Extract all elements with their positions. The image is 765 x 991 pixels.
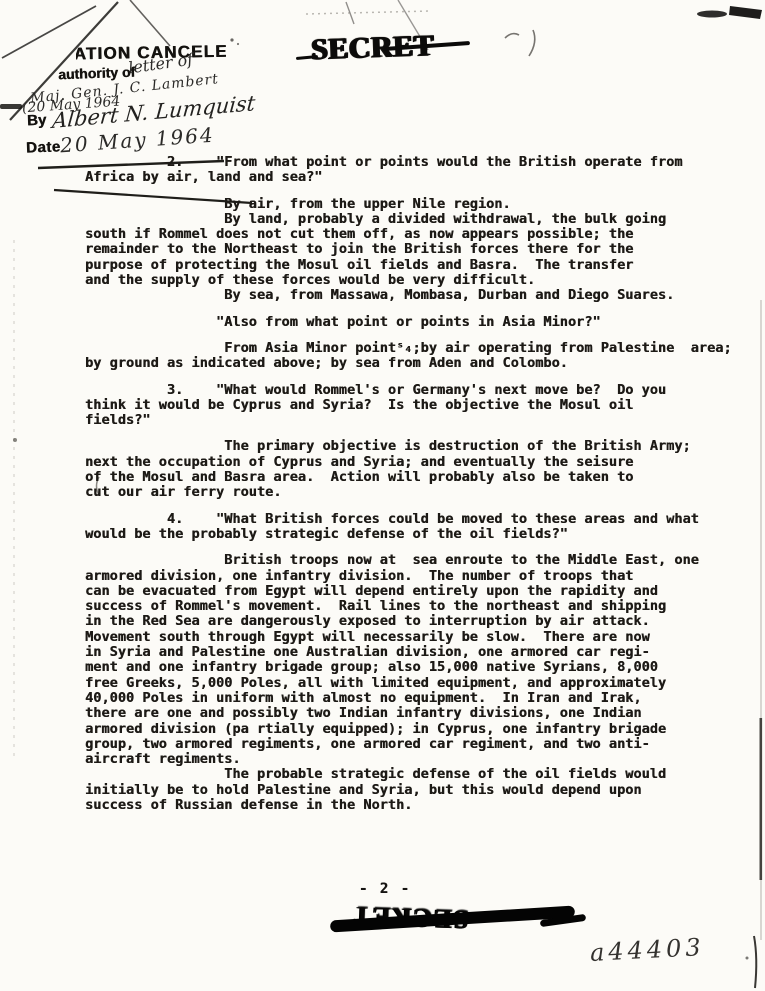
typed-line: of the Mosul and Basra area. Action will… (85, 470, 700, 485)
page-number: - 2 - (330, 881, 440, 897)
typed-line: From Asia Minor pointˢ₄;by air operating… (85, 341, 700, 356)
dotted-smudge-icon (306, 11, 430, 14)
typed-line: 2. "From what point or points would the … (85, 155, 700, 170)
typed-line: purpose of protecting the Mosul oil fiel… (85, 258, 700, 273)
typed-line: in Syria and Palestine one Australian di… (85, 645, 700, 660)
typed-line: armored division (pa rtially equipped); … (85, 722, 700, 737)
typed-line: success of Russian defense in the North. (85, 798, 700, 813)
typed-line (85, 501, 700, 512)
typed-line: cut our air ferry route. (85, 485, 700, 500)
typed-line: By land, probably a divided withdrawal, … (85, 212, 700, 227)
typed-line (85, 372, 700, 383)
typed-line: British troops now at sea enroute to the… (85, 553, 700, 568)
typed-line: success of Rommel's movement. Rail lines… (85, 599, 700, 614)
typed-line: would be the probably strategic defense … (85, 527, 700, 542)
typed-line: Movement south through Egypt will necess… (85, 630, 700, 645)
typed-line: 40,000 Poles in uniform with almost no e… (85, 691, 700, 706)
typed-line: "Also from what point or points in Asia … (85, 315, 700, 330)
date-label: Date (26, 138, 61, 156)
typed-line: initially be to hold Palestine and Syria… (85, 783, 700, 798)
typed-line: The probable strategic defense of the oi… (85, 767, 700, 782)
scanned-document-page: { "stamps": { "secret_top": "SECRET", "s… (0, 0, 765, 991)
pencil-mark-icon (529, 30, 535, 56)
ink-smudge-icon (729, 6, 762, 19)
typed-line (85, 186, 700, 197)
typed-line: aircraft regiments. (85, 752, 700, 767)
typed-line: can be evacuated from Egypt will depend … (85, 584, 700, 599)
typed-line: there are one and possibly two Indian in… (85, 706, 700, 721)
ink-smudge-icon (697, 11, 727, 18)
speck-icon (13, 438, 17, 442)
typed-line: By sea, from Massawa, Mombasa, Durban an… (85, 288, 700, 303)
typed-line: in the Red Sea are dangerously exposed t… (85, 614, 700, 629)
typed-line: armored division, one infantry division.… (85, 569, 700, 584)
typed-line: free Greeks, 5,000 Poles, all with limit… (85, 676, 700, 691)
typed-line: 4. "What British forces could be moved t… (85, 512, 700, 527)
pencil-mark-icon (505, 34, 519, 38)
typed-line: next the occupation of Cyprus and Syria;… (85, 455, 700, 470)
typed-text-block: 2. "From what point or points would the … (85, 155, 700, 813)
typed-line: 3. "What would Rommel's or Germany's nex… (85, 383, 700, 398)
typed-line: fields?" (85, 413, 700, 428)
typed-line: and the supply of these forces would be … (85, 273, 700, 288)
typed-line: think it would be Cyprus and Syria? Is t… (85, 398, 700, 413)
scan-streak-icon (760, 718, 763, 880)
by-label: By (27, 112, 47, 130)
typed-line: group, two armored regiments, one armore… (85, 737, 700, 752)
typed-line: The primary objective is destruction of … (85, 439, 700, 454)
typed-line: Africa by air, land and sea?" (85, 170, 700, 185)
typed-line: by ground as indicated above; by sea fro… (85, 356, 700, 371)
typed-line: By air, from the upper Nile region. (85, 197, 700, 212)
typed-line: remainder to the Northeast to join the B… (85, 242, 700, 257)
edge-mark-icon (754, 936, 756, 988)
handwritten-archive-code: a44403 (589, 933, 705, 967)
authority-label: authority of (58, 64, 136, 83)
speck-icon (746, 957, 749, 960)
typed-line: south if Rommel does not cut them off, a… (85, 227, 700, 242)
typed-line: ment and one infantry brigade group; als… (85, 660, 700, 675)
crease-line-icon (346, 2, 354, 24)
